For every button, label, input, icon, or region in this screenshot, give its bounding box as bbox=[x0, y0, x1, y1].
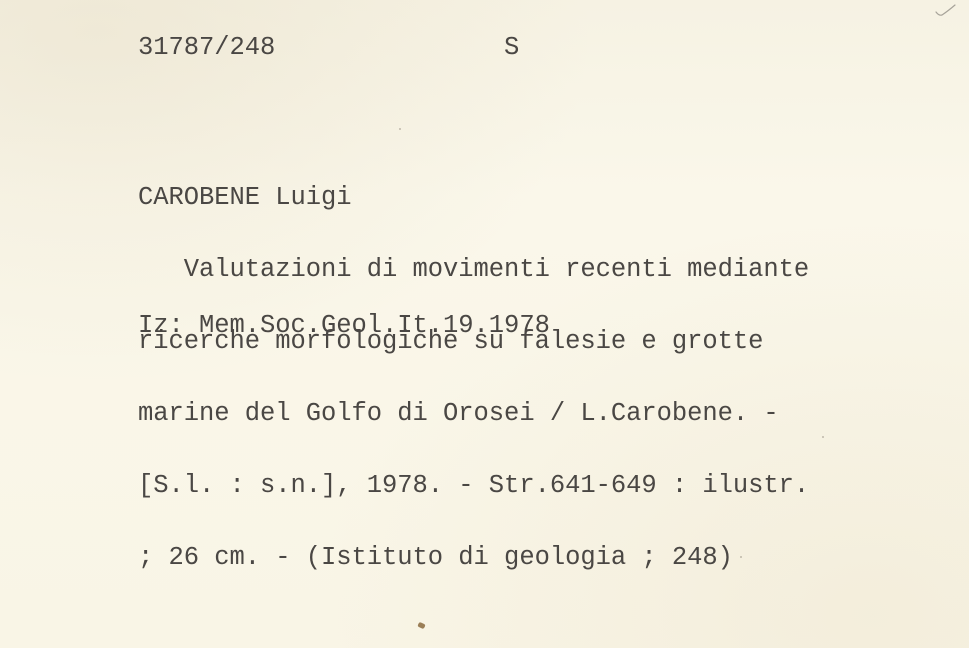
catalog-card: 31787/248 S CAROBENE Luigi Valutazioni d… bbox=[0, 0, 969, 648]
call-number: 31787/248 bbox=[138, 36, 275, 60]
paper-speck bbox=[740, 556, 742, 558]
class-mark: S bbox=[504, 36, 519, 60]
paper-stain bbox=[417, 622, 425, 629]
check-mark-icon bbox=[934, 4, 956, 18]
paper-speck bbox=[399, 128, 401, 130]
title-line: marine del Golfo di Orosei / L.Carobene.… bbox=[138, 402, 809, 426]
source-note: Iz: Mem.Soc.Geol.It.19.1978 bbox=[138, 314, 550, 338]
title-line: Valutazioni di movimenti recenti mediant… bbox=[138, 258, 809, 282]
bibliographic-entry: CAROBENE Luigi Valutazioni di movimenti … bbox=[138, 138, 809, 618]
publication-line: [S.l. : s.n.], 1978. - Str.641-649 : ilu… bbox=[138, 474, 809, 498]
series-line: ; 26 cm. - (Istituto di geologia ; 248) bbox=[138, 546, 809, 570]
paper-speck bbox=[822, 436, 824, 438]
author-heading: CAROBENE Luigi bbox=[138, 186, 809, 210]
